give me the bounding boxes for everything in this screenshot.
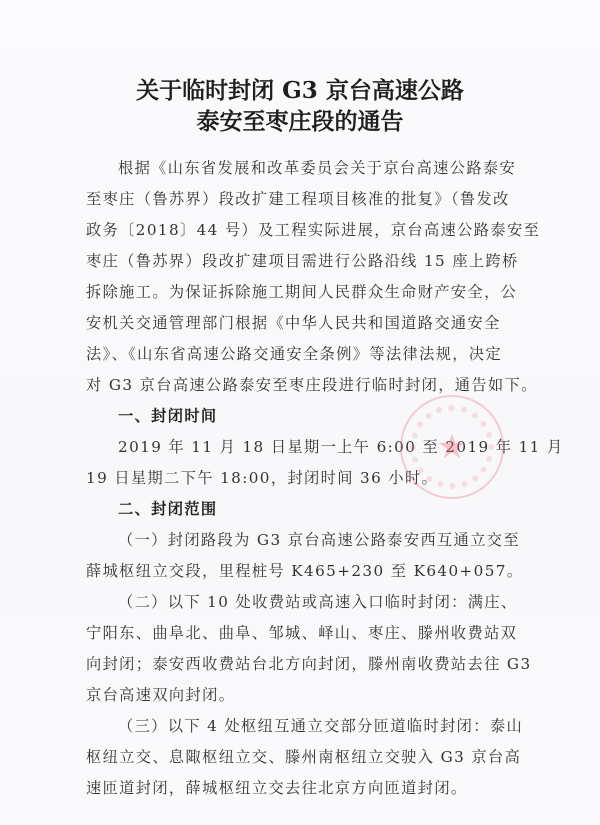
section-line: 2019 年 11 月 18 日星期一上午 6:00 至 2019 年 11 月 — [118, 437, 558, 457]
intro-line: 根据《山东省发展和改革委员会关于京台高速公路泰安 — [118, 158, 558, 178]
section-heading-closure-time: 一、封闭时间 — [118, 406, 558, 426]
intro-line: 法》、《山东省高速公路交通安全条例》等法律法规，决定 — [86, 344, 526, 364]
section-line: 枢纽立交、息陬枢纽立交、滕州南枢纽立交驶入 G3 京台高 — [86, 747, 526, 767]
intro-line: 枣庄（鲁苏界）段改扩建项目需进行公路沿线 15 座上跨桥 — [86, 251, 526, 271]
section-line: （一）封闭路段为 G3 京台高速公路泰安西互通立交至 — [118, 530, 558, 550]
intro-line: 安机关交通管理部门根据《中华人民共和国道路交通安全 — [86, 313, 526, 333]
section-line: 京台高速双向封闭。 — [86, 685, 526, 705]
section-heading-closure-scope: 二、封闭范围 — [118, 499, 558, 519]
section-line: （三）以下 4 处枢纽互通立交部分匝道临时封闭：泰山 — [118, 716, 558, 736]
intro-line: 对 G3 京台高速公路泰安至枣庄段进行临时封闭，通告如下。 — [86, 375, 526, 395]
document-title-line-2: 泰安至枣庄段的通告 — [0, 103, 600, 136]
section-line: 向封闭；泰安西收费站台北方向封闭，滕州南收费站去往 G3 — [86, 654, 526, 674]
intro-line: 政务〔2018〕44 号）及工程实际进展，京台高速公路泰安至 — [86, 220, 526, 240]
section-line: 19 日星期二下午 18:00，封闭时间 36 小时。 — [86, 468, 526, 488]
section-line: 薛城枢纽立交段，里程桩号 K465+230 至 K640+057。 — [86, 561, 526, 581]
section-line: （二）以下 10 处收费站或高速入口临时封闭：满庄、 — [118, 592, 558, 612]
section-line: 宁阳东、曲阜北、曲阜、邹城、峄山、枣庄、滕州收费站双 — [86, 623, 526, 643]
intro-line: 拆除施工。为保证拆除施工期间人民群众生命财产安全，公 — [86, 282, 526, 302]
section-line: 速匝道封闭，薛城枢纽立交去往北京方向匝道封闭。 — [86, 778, 526, 798]
intro-line: 至枣庄（鲁苏界）段改扩建工程项目核准的批复》（鲁发改 — [86, 189, 526, 209]
document-page: 关于临时封闭 G3 京台高速公路 泰安至枣庄段的通告 根据《山东省发展和改革委员… — [0, 0, 600, 825]
document-title-line-1: 关于临时封闭 G3 京台高速公路 — [0, 72, 600, 105]
